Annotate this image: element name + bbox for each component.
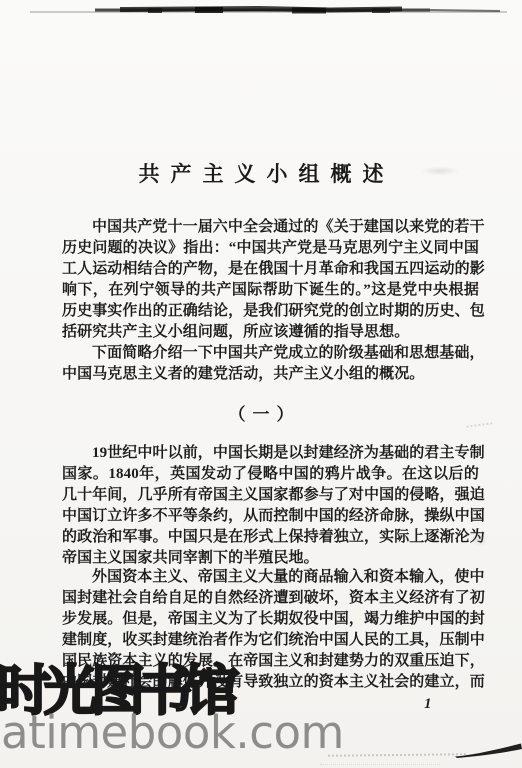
text-line: 几十年间，几乎所有帝国主义国家都参与了对中国的侵略，强迫	[62, 485, 479, 506]
paragraph-2: 下面简略介绍一下中国共产党成立的阶级基础和思想基础， 中国马克思主义者的建党活动…	[62, 343, 479, 385]
text-line: 中国订立许多不平等条约，从而控制中国的经济命脉，操纵中国	[62, 506, 479, 527]
text-line: 括研究共产主义小组问题，所应该遵循的指导思想。	[62, 322, 479, 343]
top-scan-artifact	[0, 0, 522, 20]
text-line: 响下，在列宁领导的共产国际帮助下诞生的。”这是党中央根据	[62, 280, 479, 301]
text-line: 历史问题的决议》指出：“中国共产党是马克思列宁主义同中国	[62, 238, 479, 259]
scanned-book-page: 共产主义小组概述 中国共产党十一届六中全会通过的《关于建国以来党的若干 历史问题…	[0, 0, 522, 768]
paragraph-3: 19世纪中叶以前，中国长期是以封建经济为基础的君主专制 国家。1840年，英国发…	[62, 443, 479, 569]
text-line: 步发展。但是，帝国主义为了长期奴役中国，竭力维护中国的封	[62, 609, 479, 630]
website-watermark: atimebook.com	[1, 706, 344, 759]
paper-smudge	[470, 533, 488, 547]
text-line: 国封建社会自给自足的自然经济遭到破坏，资本主义经济有了初	[62, 588, 479, 609]
text-line: 帝国主义国家共同宰割下的半殖民地。	[62, 548, 479, 569]
text-line: 外国资本主义、帝国主义大量的商品输入和资本输入，使中	[62, 567, 479, 588]
text-line: 国家。1840年，英国发动了侵略中国的鸦片战争。在这以后的	[62, 464, 479, 485]
scan-dotted-line	[328, 753, 466, 756]
paper-smudge	[420, 166, 460, 176]
text-line: 中国马克思主义者的建党活动，共产主义小组的概况。	[62, 364, 479, 385]
page-number: 1	[424, 696, 432, 713]
section-marker: （一）	[0, 400, 522, 425]
text-line: 历史事实作出的正确结论，是我们研究党的创立时期的历史、包	[62, 301, 479, 322]
text-line: 的政治和军事。中国只是在形式上保持着独立，实际上逐渐沦为	[62, 527, 479, 548]
text-line: 工人运动相结合的产物，是在俄国十月革命和我国五四运动的影	[62, 259, 479, 280]
text-line: 19世纪中叶以前，中国长期是以封建经济为基础的君主专制	[62, 443, 479, 464]
scan-dotted-line-2	[320, 764, 440, 765]
paragraph-1: 中国共产党十一届六中全会通过的《关于建国以来党的若干 历史问题的决议》指出：“中…	[62, 217, 479, 343]
text-line: 下面简略介绍一下中国共产党成立的阶级基础和思想基础，	[62, 343, 479, 364]
bottom-scan-artifact	[455, 743, 522, 761]
text-line: 中国共产党十一届六中全会通过的《关于建国以来党的若干	[62, 217, 479, 238]
